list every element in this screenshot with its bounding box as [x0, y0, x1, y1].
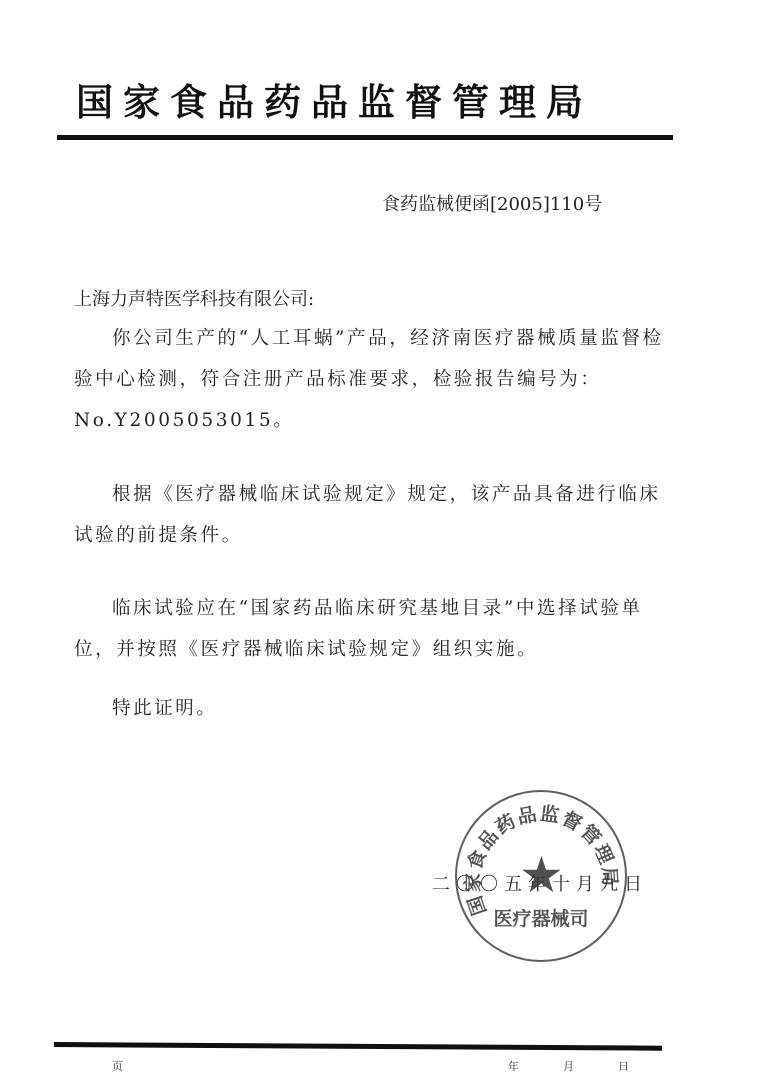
footer-month-label: 月	[563, 1060, 574, 1073]
footer-page-label: 页	[112, 1058, 123, 1074]
footer-year-label: 年	[508, 1060, 519, 1073]
footer-day-label: 日	[618, 1060, 629, 1073]
body-paragraph-inspection: 你公司生产的“人工耳蜗”产品，经济南医疗器械质量监督检验中心检测，符合注册产品标…	[74, 318, 664, 441]
document-reference-number: 食药监械便函[2005]110号	[382, 190, 602, 216]
letterhead-divider	[57, 135, 673, 140]
body-paragraph-regulation: 根据《医疗器械临床试验规定》规定，该产品具备进行临床试验的前提条件。	[74, 474, 664, 556]
body-paragraph-closing: 特此证明。	[74, 688, 664, 729]
seal-department: 医疗器械司	[481, 904, 601, 931]
official-seal: 国家食品药品监督管理局 ★ 医疗器械司	[455, 790, 627, 962]
recipient-salutation: 上海力声特医学科技有限公司:	[74, 285, 314, 311]
seal-star-icon: ★	[519, 850, 564, 900]
body-paragraph-trial-site: 临床试验应在“国家药品临床研究基地目录”中选择试验单位，并按照《医疗器械临床试验…	[74, 588, 664, 670]
footer-divider	[54, 1042, 662, 1051]
footer-date-fields: 年月日	[508, 1058, 673, 1074]
letterhead-title: 国家食品药品监督管理局	[76, 72, 593, 126]
